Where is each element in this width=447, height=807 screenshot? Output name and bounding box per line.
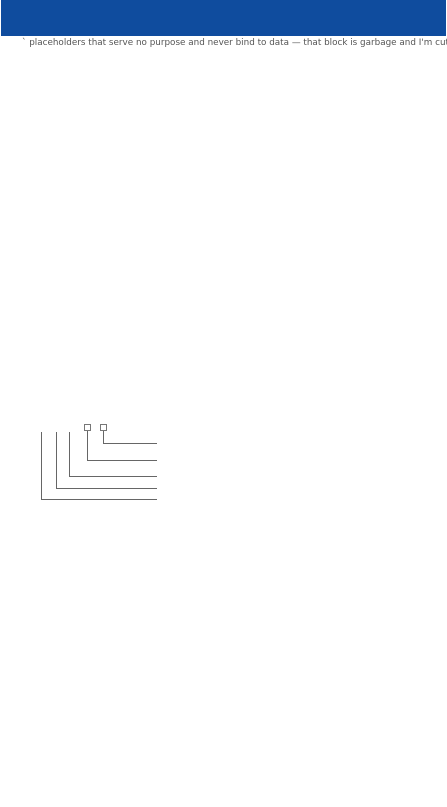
leader-line	[103, 443, 157, 444]
leader-line	[41, 499, 157, 500]
leader-line	[69, 432, 70, 476]
leader-line	[69, 476, 157, 477]
code-box-poles	[100, 424, 107, 431]
leader-line	[103, 431, 104, 443]
title-banner	[1, 0, 446, 36]
code-box-current	[84, 424, 91, 431]
leader-line	[56, 432, 57, 488]
leader-line	[87, 431, 88, 460]
leader-line	[56, 488, 157, 489]
leader-line	[41, 432, 42, 499]
leader-line	[87, 460, 157, 461]
